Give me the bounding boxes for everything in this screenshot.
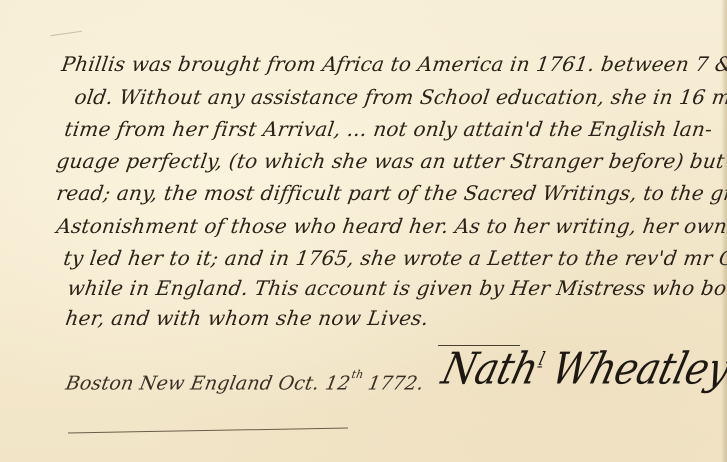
- manuscript-line-7: ty led her to it; and in 1765, she wrote…: [62, 246, 727, 270]
- manuscript-line-9: her, and with whom she now Lives.: [64, 306, 430, 330]
- dateline-ordinal: th: [350, 368, 364, 381]
- manuscript-line-5: read; any, the most difficult part of th…: [55, 181, 727, 205]
- signature-first: Nath: [437, 343, 543, 394]
- manuscript-line-1: Phillis was brought from Africa to Ameri…: [60, 52, 727, 76]
- manuscript-line-8: while in England. This account is given …: [66, 276, 727, 300]
- manuscript-line-3: time from her first Arrival, ... not onl…: [63, 117, 714, 141]
- dateline-year: 1772.: [366, 372, 425, 394]
- manuscript-line-2: old. Without any assistance from School …: [73, 85, 727, 109]
- dateline: Boston New England Oct. 12th 1772.: [64, 372, 426, 394]
- signature-last: Wheatley: [547, 343, 727, 394]
- signature: Nathl Wheatley: [437, 343, 727, 394]
- manuscript-line-6: Astonishment of those who heard her. As …: [55, 214, 727, 238]
- dateline-place: Boston New England Oct. 12: [64, 372, 352, 394]
- manuscript-line-4: guage perfectly, (to which she was an ut…: [55, 149, 727, 173]
